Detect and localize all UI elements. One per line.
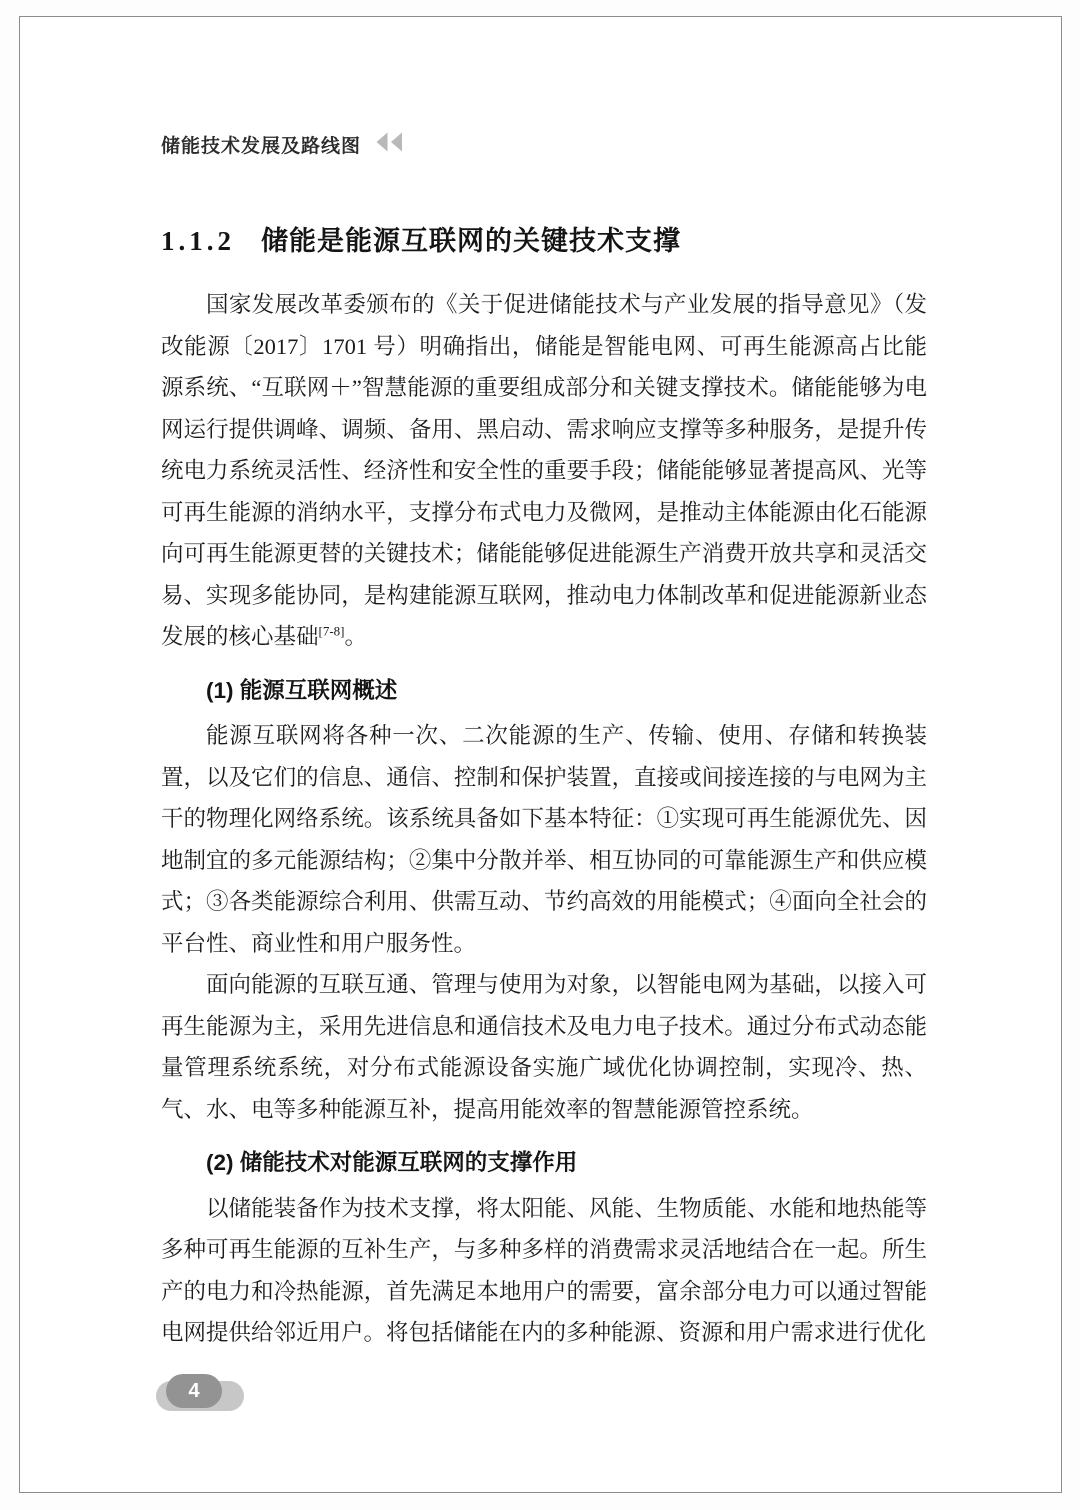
paragraph-1-tail: 。 [345, 624, 368, 649]
subsection-heading-2: (2) 储能技术对能源互联网的支撑作用 [161, 1142, 927, 1184]
paragraph-4: 以储能装备作为技术支撑，将太阳能、风能、生物质能、水能和地热能等多种可再生能源的… [161, 1188, 927, 1354]
page-body: 国家发展改革委颁布的《关于促进储能技术与产业发展的指导意见》（发改能源〔2017… [161, 284, 927, 1354]
page-number-pill: 4 [156, 1374, 248, 1412]
running-header: 储能技术发展及路线图 [161, 129, 403, 159]
paragraph-1: 国家发展改革委颁布的《关于促进储能技术与产业发展的指导意见》（发改能源〔2017… [161, 284, 927, 658]
paragraph-3: 面向能源的互联互通、管理与使用为对象，以智能电网为基础，以接入可再生能源为主，采… [161, 964, 927, 1130]
rewind-icon [375, 131, 403, 159]
section-heading: 1.1.2储能是能源互联网的关键技术支撑 [161, 219, 681, 258]
running-header-title: 储能技术发展及路线图 [161, 131, 361, 158]
paragraph-1-text: 国家发展改革委颁布的《关于促进储能技术与产业发展的指导意见》（发改能源〔2017… [161, 292, 927, 649]
section-number: 1.1.2 [161, 226, 235, 256]
subsection-heading-1: (1) 能源互联网概述 [161, 670, 927, 712]
page-number: 4 [188, 1380, 199, 1403]
section-title: 储能是能源互联网的关键技术支撑 [261, 226, 681, 256]
book-page: 储能技术发展及路线图 1.1.2储能是能源互联网的关键技术支撑 国家发展改革委颁… [19, 16, 1062, 1493]
paragraph-2: 能源互联网将各种一次、二次能源的生产、传输、使用、存储和转换装置，以及它们的信息… [161, 715, 927, 964]
citation-superscript: [7-8] [319, 624, 345, 639]
page-number-badge: 4 [166, 1374, 222, 1408]
